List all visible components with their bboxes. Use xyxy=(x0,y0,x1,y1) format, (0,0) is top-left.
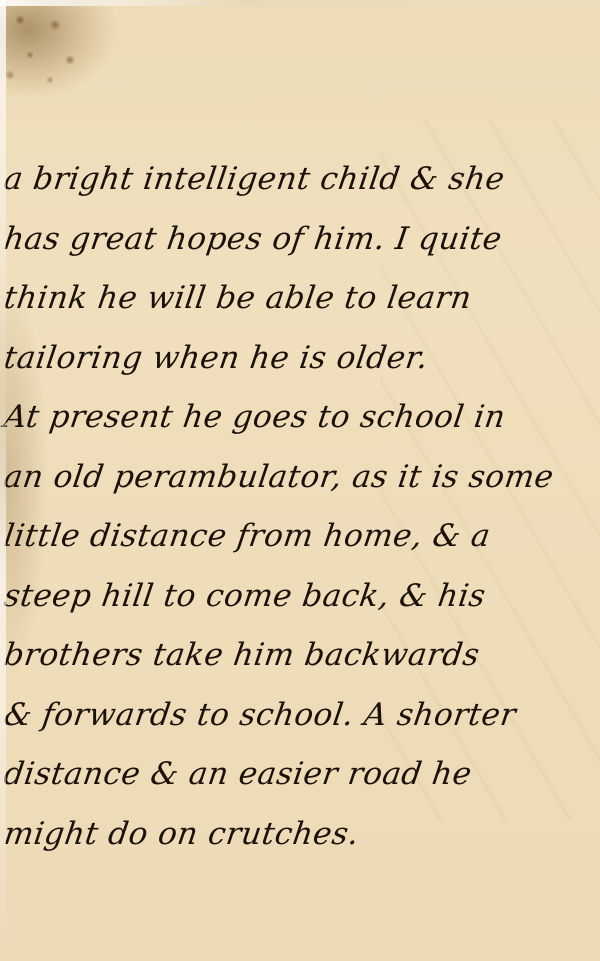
text-line: an old perambulator, as it is some xyxy=(0,448,600,508)
text-line: a bright intelligent child & she xyxy=(0,150,600,210)
text-line: has great hopes of him. I quite xyxy=(0,210,600,270)
letter-page: a bright intelligent child & she has gre… xyxy=(0,0,600,961)
text-line: & forwards to school. A shorter xyxy=(0,686,600,746)
text-line: At present he goes to school in xyxy=(0,388,600,448)
handwritten-text: a bright intelligent child & she has gre… xyxy=(4,150,596,864)
text-line: distance & an easier road he xyxy=(0,745,600,805)
text-line: little distance from home, & a xyxy=(0,507,600,567)
text-line: brothers take him backwards xyxy=(0,626,600,686)
age-stain xyxy=(0,0,90,95)
text-line: tailoring when he is older. xyxy=(0,329,600,389)
text-line: think he will be able to learn xyxy=(0,269,600,329)
text-line: might do on crutches. xyxy=(0,805,600,865)
text-line: steep hill to come back, & his xyxy=(0,567,600,627)
